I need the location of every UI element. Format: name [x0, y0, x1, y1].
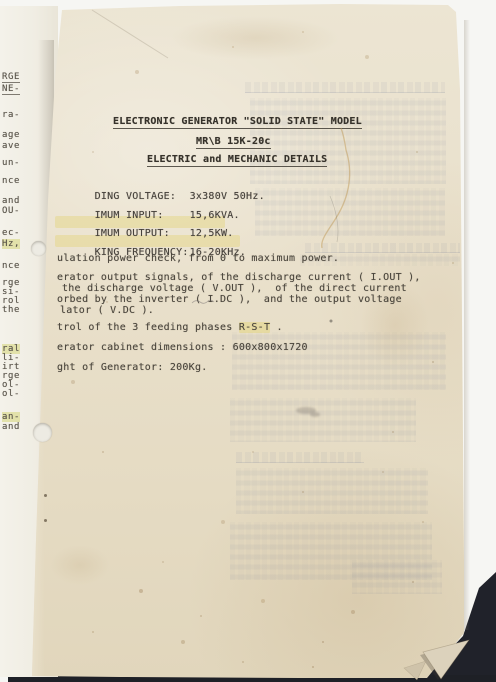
left-page-text-fragment-highlighted: an-: [2, 412, 20, 422]
phases-text: trol of the 3 feeding phases: [57, 322, 239, 333]
page-right-edge-shadow: [464, 20, 470, 630]
paper-speckles: [0, 0, 2, 2]
staple-mark: [44, 519, 47, 522]
left-page-text-fragment: ol-: [2, 389, 20, 399]
left-page-text-fragment: nce: [2, 261, 20, 271]
left-page-text-fragment: NE-: [2, 84, 20, 95]
body-line-signals-4: lator ( V.DC ).: [60, 305, 154, 316]
document-title-line1: ELECTRONIC GENERATOR "SOLID STATE" MODEL: [113, 116, 362, 129]
left-page-text-fragment-highlighted: Hz,: [2, 239, 20, 249]
staple-mark: [44, 494, 47, 497]
bleed-through-text: [230, 398, 416, 442]
body-line-signals-1: erator output signals, of the discharge …: [57, 272, 421, 283]
bleed-through-heading: [236, 452, 364, 463]
body-line-generator-weight: ght of Generator: 200Kg.: [57, 362, 208, 373]
paper-stain: [170, 16, 340, 60]
bleed-through-text: [250, 98, 446, 184]
left-page-text-fragment: nce: [2, 176, 20, 186]
paper-stain: [50, 545, 110, 585]
phases-highlighted-text: R-S-T: [239, 322, 270, 333]
phases-text-end: .: [270, 322, 283, 333]
left-page-text-fragment: and: [2, 422, 20, 432]
punch-hole: [33, 423, 52, 442]
left-page-text-fragment: and: [2, 196, 20, 206]
bleed-through-heading: [305, 243, 460, 253]
bleed-through-text: [236, 468, 428, 514]
left-page-text-fragment: ra-: [2, 110, 20, 120]
punch-hole: [31, 241, 46, 256]
scanned-document-page: ELECTRONIC GENERATOR "SOLID STATE" MODEL…: [0, 0, 496, 682]
bleed-through-heading: [245, 82, 445, 93]
left-page-text-fragment: ave: [2, 141, 20, 151]
body-line-power-check: ulation power check, from 0 to maximum p…: [57, 253, 339, 264]
left-page-text-fragment: un-: [2, 158, 20, 168]
left-page-text-fragment: ec-: [2, 228, 20, 238]
left-page-text-fragment: the: [2, 305, 20, 315]
body-line-signals-3: orbed by the inverter ( I.DC ), and the …: [57, 294, 402, 305]
left-page-text-fragment: RGE: [2, 72, 20, 83]
left-page-text-fragment: OU-: [2, 206, 20, 216]
bleed-through-text: [255, 188, 445, 236]
bleed-through-text: [352, 560, 442, 594]
document-model-number: MR\B 15K-20c: [196, 136, 271, 149]
body-line-signals-2: the discharge voltage ( V.OUT ), of the …: [62, 283, 407, 294]
ink-smudge: [310, 412, 320, 417]
document-subtitle: ELECTRIC and MECHANIC DETAILS: [147, 154, 327, 167]
body-line-phases: trol of the 3 feeding phases R-S-T .: [57, 322, 283, 333]
left-page-text-fragment: age: [2, 130, 20, 140]
scanned-document: RGE NE- ra- age ave un- nce and OU- ec- …: [0, 0, 496, 682]
body-line-cabinet-dimensions: erator cabinet dimensions : 600x800x1720: [57, 342, 308, 353]
